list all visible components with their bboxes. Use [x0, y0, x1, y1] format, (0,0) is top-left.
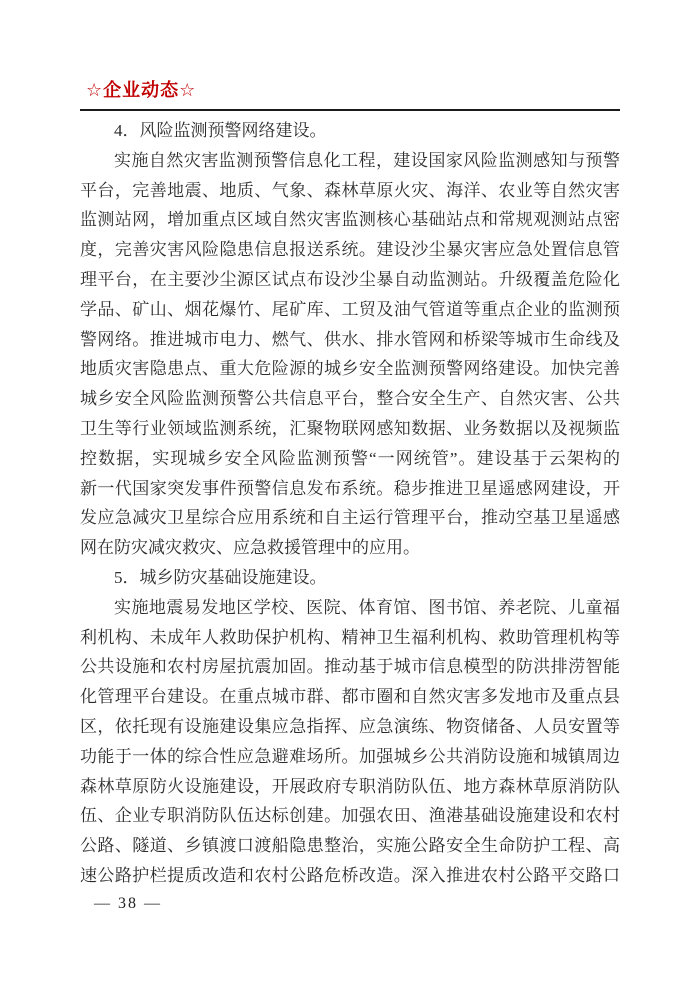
- paragraph: 实施地震易发地区学校、医院、体育馆、图书馆、养老院、儿童福利机构、未成年人救助保…: [80, 593, 620, 891]
- body-line: 化管理平台建设。在重点城市群、都市圈和自然灾害多发地市及重点县: [80, 682, 620, 712]
- section-heading: 4．风险监测预警网络建设。: [80, 116, 620, 146]
- body-line: 警网络。推进城市电力、燃气、供水、排水管网和桥梁等城市生命线及: [80, 325, 620, 355]
- body-line: 监测站网，增加重点区域自然灾害监测核心基础站点和常规观测站点密: [80, 205, 620, 235]
- body-line: 地质灾害隐患点、重大危险源的城乡安全监测预警网络建设。加快完善: [80, 354, 620, 384]
- body-line: 控数据，实现城乡安全风险监测预警“一网统管”。建设基于云架构的: [80, 444, 620, 474]
- body-line: 理平台，在主要沙尘源区试点布设沙尘暴自动监测站。升级覆盖危险化: [80, 265, 620, 295]
- document-body: 4．风险监测预警网络建设。实施自然灾害监测预警信息化工程，建设国家风险监测感知与…: [80, 116, 620, 891]
- section-heading: 5．城乡防灾基础设施建设。: [80, 563, 620, 593]
- body-line: 公路、隧道、乡镇渡口渡船隐患整治，实施公路安全生命防护工程、高: [80, 831, 620, 861]
- body-line: 区，依托现有设施建设集应急指挥、应急演练、物资储备、人员安置等: [80, 712, 620, 742]
- body-line: 森林草原防火设施建设，开展政府专职消防队伍、地方森林草原消防队: [80, 772, 620, 802]
- body-line: 发应急减灾卫星综合应用系统和自主运行管理平台，推动空基卫星遥感: [80, 503, 620, 533]
- document-page: ☆企业动态☆ 4．风险监测预警网络建设。实施自然灾害监测预警信息化工程，建设国家…: [0, 0, 700, 990]
- body-line: 实施自然灾害监测预警信息化工程，建设国家风险监测感知与预警: [80, 146, 620, 176]
- body-line: 速公路护栏提质改造和农村公路危桥改造。深入推进农村公路平交路口: [80, 861, 620, 891]
- body-line: 度，完善灾害风险隐患信息报送系统。建设沙尘暴灾害应急处置信息管: [80, 235, 620, 265]
- body-line: 公共设施和农村房屋抗震加固。推动基于城市信息模型的防洪排涝智能: [80, 652, 620, 682]
- body-line: 平台，完善地震、地质、气象、森林草原火灾、海洋、农业等自然灾害: [80, 176, 620, 206]
- body-line: 城乡安全风险监测预警公共信息平台，整合安全生产、自然灾害、公共: [80, 384, 620, 414]
- body-line: 实施地震易发地区学校、医院、体育馆、图书馆、养老院、儿童福: [80, 593, 620, 623]
- body-line: 新一代国家突发事件预警信息发布系统。稳步推进卫星遥感网建设，开: [80, 474, 620, 504]
- body-line: 学品、矿山、烟花爆竹、尾矿库、工贸及油气管道等重点企业的监测预: [80, 295, 620, 325]
- page-number: — 38 —: [94, 895, 162, 912]
- body-line: 网在防灾减灾救灾、应急救援管理中的应用。: [80, 533, 620, 563]
- body-line: 功能于一体的综合性应急避难场所。加强城乡公共消防设施和城镇周边: [80, 742, 620, 772]
- body-line: 卫生等行业领域监测系统，汇聚物联网感知数据、业务数据以及视频监: [80, 414, 620, 444]
- page-footer: — 38 —: [94, 895, 162, 913]
- body-line: 利机构、未成年人救助保护机构、精神卫生福利机构、救助管理机构等: [80, 623, 620, 653]
- header-rule: [80, 109, 620, 111]
- body-line: 伍、企业专职消防队伍达标创建。加强农田、渔港基础设施建设和农村: [80, 801, 620, 831]
- section-title: ☆企业动态☆: [86, 76, 196, 102]
- paragraph: 实施自然灾害监测预警信息化工程，建设国家风险监测感知与预警平台，完善地震、地质、…: [80, 146, 620, 563]
